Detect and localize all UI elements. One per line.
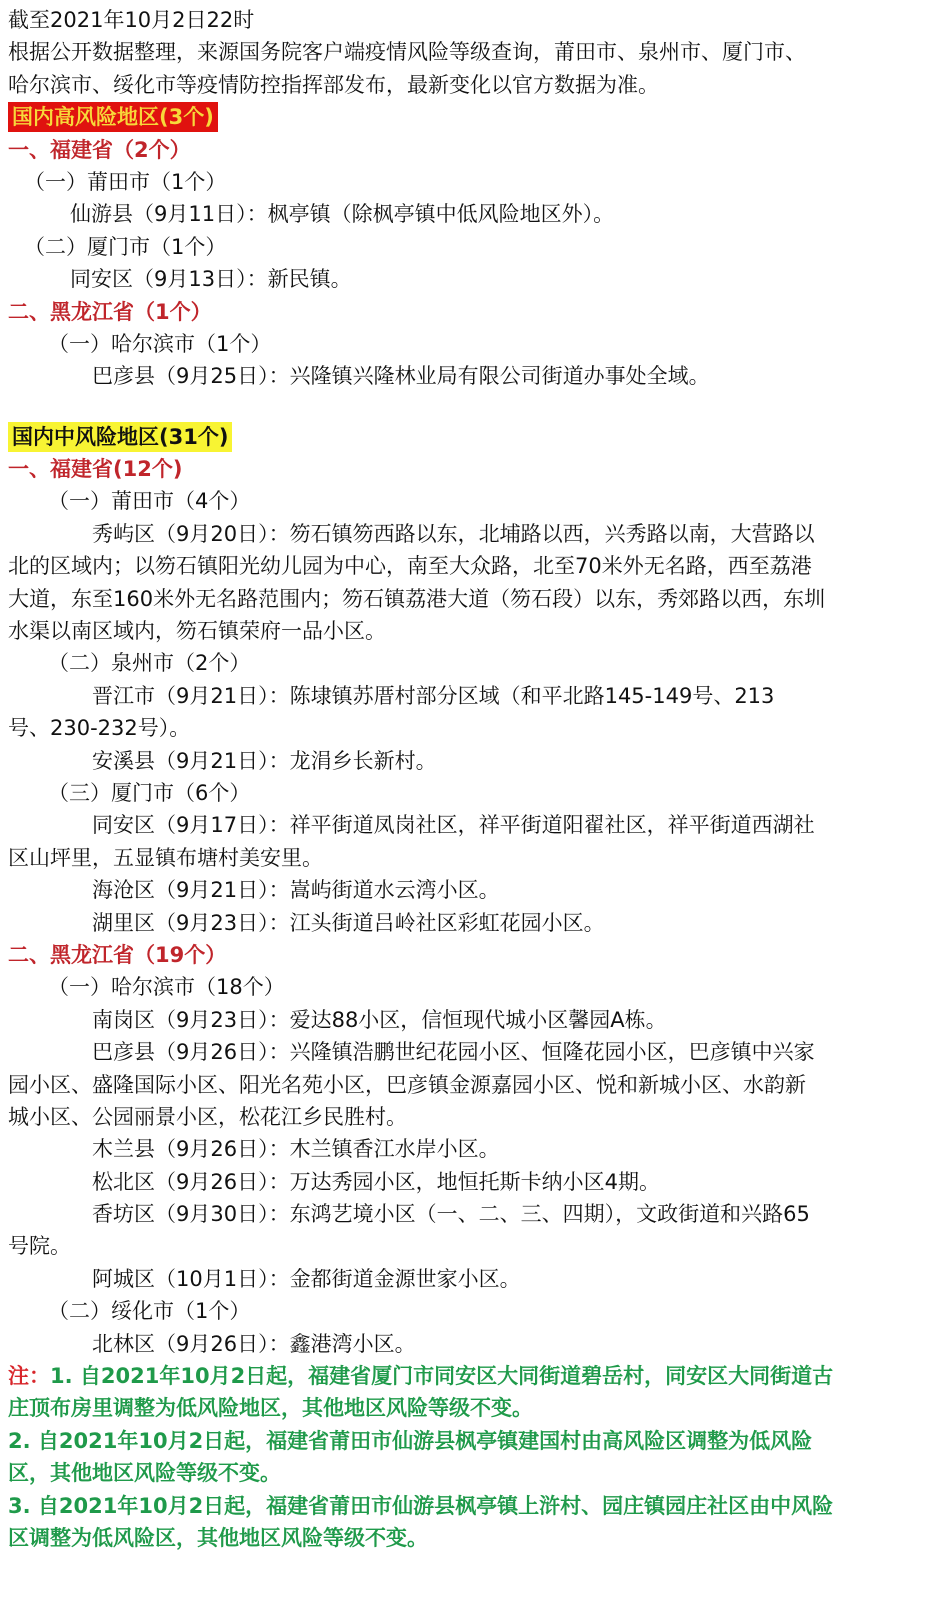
- mid-entry: 阿城区（10月1日）：金都街道金源世家小区。: [8, 1263, 925, 1295]
- high-entry: 同安区（9月13日）：新民镇。: [8, 263, 925, 295]
- as-of-timestamp: 截至2021年10月2日22时: [8, 4, 925, 36]
- mid-entry: 同安区（9月17日）：祥平街道凤岗社区，祥平街道阳翟社区，祥平街道西湖社: [8, 809, 925, 841]
- mid-city-harbin: （一）哈尔滨市（18个）: [8, 971, 925, 1003]
- mid-city-xiamen: （三）厦门市（6个）: [8, 777, 925, 809]
- high-city-harbin: （一）哈尔滨市（1个）: [8, 328, 925, 360]
- note-line-4: 区，其他地区风险等级不变。: [8, 1457, 925, 1489]
- note-line-1: 注：1. 自2021年10月2日起，福建省厦门市同安区大同街道碧岳村，同安区大同…: [8, 1360, 925, 1392]
- mid-entry-wrap: 区山坪里，五显镇布塘村美安里。: [8, 842, 925, 874]
- high-city-putian: （一）莆田市（1个）: [8, 166, 925, 198]
- mid-entry: 南岗区（9月23日）：爱达88小区，信恒现代城小区馨园A栋。: [8, 1004, 925, 1036]
- mid-entry: 晋江市（9月21日）：陈埭镇苏厝村部分区域（和平北路145-149号、213: [8, 680, 925, 712]
- mid-entry-wrap: 号院。: [8, 1230, 925, 1262]
- mid-entry: 秀屿区（9月20日）：笏石镇笏西路以东，北埔路以西，兴秀路以南，大营路以: [8, 518, 925, 550]
- high-city-xiamen: （二）厦门市（1个）: [8, 231, 925, 263]
- mid-province-heilongjiang: 二、黑龙江省（19个）: [8, 939, 925, 971]
- high-province-heilongjiang: 二、黑龙江省（1个）: [8, 296, 925, 328]
- mid-city-suihua: （二）绥化市（1个）: [8, 1295, 925, 1327]
- high-entry: 巴彦县（9月25日）：兴隆镇兴隆林业局有限公司街道办事处全域。: [8, 360, 925, 392]
- mid-entry-wrap: 园小区、盛隆国际小区、阳光名苑小区，巴彦镇金源嘉园小区、悦和新城小区、水韵新: [8, 1069, 925, 1101]
- risk-area-document: 截至2021年10月2日22时 根据公开数据整理，来源国务院客户端疫情风险等级查…: [0, 0, 925, 1554]
- mid-entry-wrap: 北的区域内；以笏石镇阳光幼儿园为中心，南至大众路，北至70米外无名路，西至荔港: [8, 550, 925, 582]
- mid-entry-wrap: 号、230-232号）。: [8, 712, 925, 744]
- mid-risk-section-header: 国内中风险地区(31个): [8, 421, 925, 453]
- mid-city-quanzhou: （二）泉州市（2个）: [8, 647, 925, 679]
- high-risk-banner: 国内高风险地区(3个): [8, 102, 218, 132]
- note-line-5: 3. 自2021年10月2日起，福建省莆田市仙游县枫亭镇上浒村、园庄镇园庄社区由…: [8, 1490, 925, 1522]
- source-text-line-2: 哈尔滨市、绥化市等疫情防控指挥部发布，最新变化以官方数据为准。: [8, 69, 925, 101]
- mid-risk-banner: 国内中风险地区(31个): [8, 422, 232, 452]
- mid-entry: 巴彦县（9月26日）：兴隆镇浩鹏世纪花园小区、恒隆花园小区，巴彦镇中兴家: [8, 1036, 925, 1068]
- source-text-line-1: 根据公开数据整理，来源国务院客户端疫情风险等级查询，莆田市、泉州市、厦门市、: [8, 36, 925, 68]
- mid-entry-wrap: 大道，东至160米外无名路范围内；笏石镇荔港大道（笏石段）以东，秀郊路以西，东圳: [8, 583, 925, 615]
- note-line-3: 2. 自2021年10月2日起，福建省莆田市仙游县枫亭镇建国村由高风险区调整为低…: [8, 1425, 925, 1457]
- note-line-6: 区调整为低风险区，其他地区风险等级不变。: [8, 1522, 925, 1554]
- high-risk-section-header: 国内高风险地区(3个): [8, 101, 925, 133]
- mid-entry: 海沧区（9月21日）：嵩屿街道水云湾小区。: [8, 874, 925, 906]
- spacer: [8, 393, 925, 421]
- mid-entry: 湖里区（9月23日）：江头街道吕岭社区彩虹花园小区。: [8, 907, 925, 939]
- mid-province-fujian: 一、福建省(12个): [8, 453, 925, 485]
- high-entry: 仙游县（9月11日）：枫亭镇（除枫亭镇中低风险地区外）。: [8, 198, 925, 230]
- mid-city-putian: （一）莆田市（4个）: [8, 485, 925, 517]
- note-line-2: 庄顶布房里调整为低风险地区，其他地区风险等级不变。: [8, 1392, 925, 1424]
- high-province-fujian: 一、福建省（2个）: [8, 134, 925, 166]
- mid-entry: 香坊区（9月30日）：东鸿艺境小区（一、二、三、四期），文政街道和兴路65: [8, 1198, 925, 1230]
- mid-entry: 北林区（9月26日）：鑫港湾小区。: [8, 1328, 925, 1360]
- mid-entry-wrap: 城小区、公园丽景小区，松花江乡民胜村。: [8, 1101, 925, 1133]
- mid-entry: 安溪县（9月21日）：龙涓乡长新村。: [8, 745, 925, 777]
- mid-entry: 木兰县（9月26日）：木兰镇香江水岸小区。: [8, 1133, 925, 1165]
- note-prefix: 注：: [8, 1364, 50, 1388]
- mid-entry-wrap: 水渠以南区域内，笏石镇荣府一品小区。: [8, 615, 925, 647]
- mid-entry: 松北区（9月26日）：万达秀园小区，地恒托斯卡纳小区4期。: [8, 1166, 925, 1198]
